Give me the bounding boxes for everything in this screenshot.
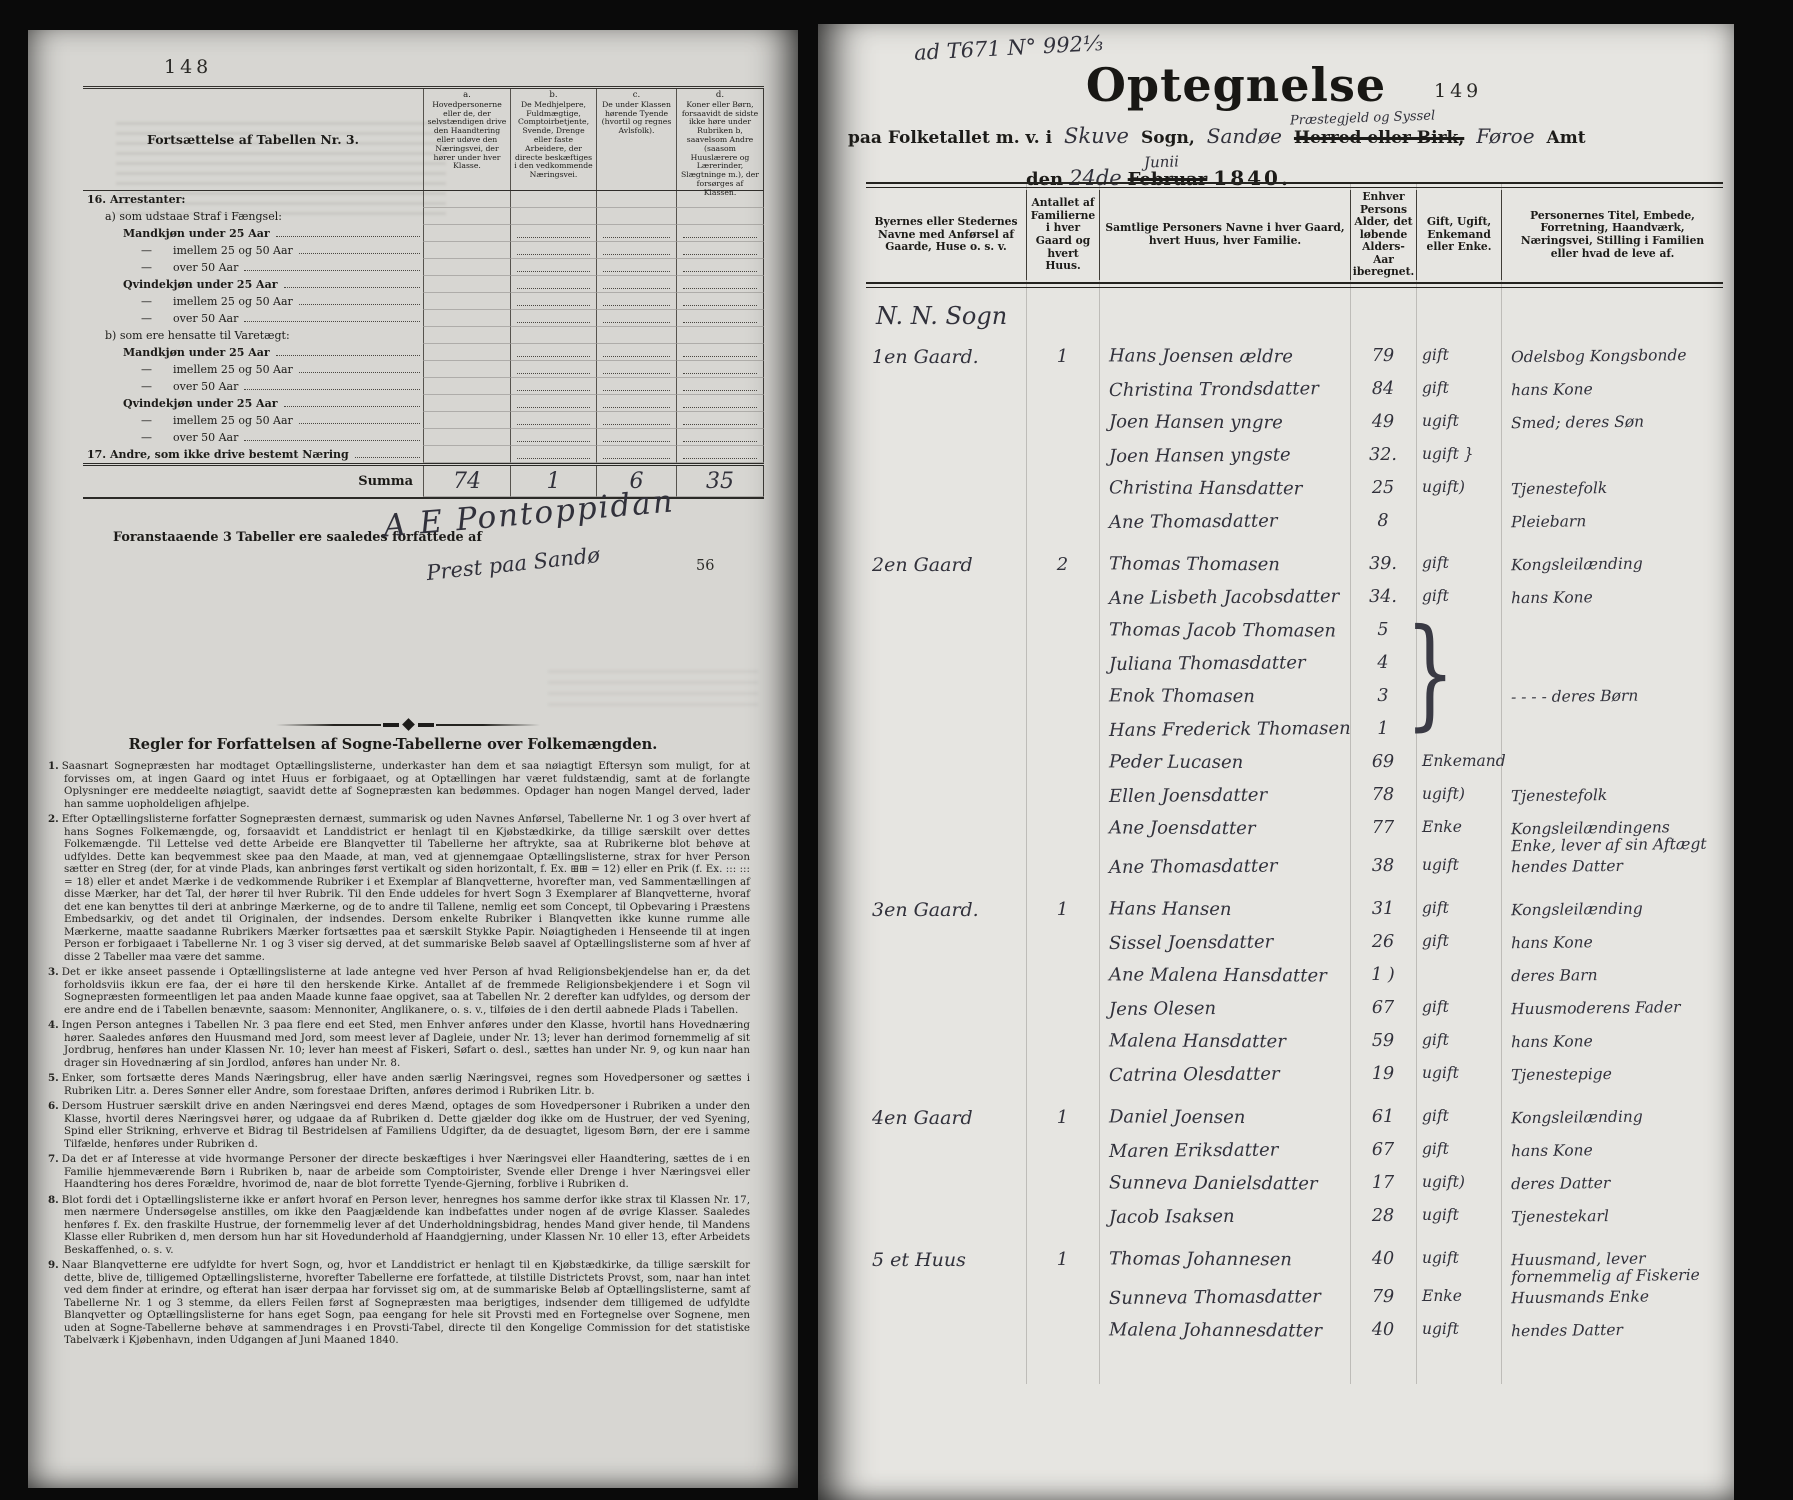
dotted-leader [355,457,420,458]
person-row: Jens Olesen67giftHuusmoderens Fader [866,996,1723,1029]
dotted-leader [299,423,420,424]
status-cell: ugift [1416,1247,1501,1267]
table-cell [676,191,764,208]
place-cell [866,930,1026,932]
dotted-line [683,373,757,374]
name-cell: Daniel Joensen [1099,1104,1350,1128]
place-cell [866,476,1026,478]
table-cell [510,344,596,361]
row-label: — over 50 Aar [83,432,423,446]
table-cell [676,242,764,259]
table-cell [510,242,596,259]
table-cell [596,344,676,361]
person-row: Christina Trondsdatter84gifthans Kone [866,377,1723,410]
person-row: Ane Thomasdatter38ugifthendes Datter [866,854,1723,887]
occupation-cell: Kongsleilænding [1501,551,1723,575]
census-class-row: — imellem 25 og 50 Aar [83,293,764,310]
person-row: Christina Hansdatter25ugift)Tjenestefolk [866,476,1723,509]
status-cell: gift [1416,344,1501,364]
rule-number: 6. [48,1100,62,1112]
dotted-line [517,356,590,357]
row-label-text: — over 50 Aar [141,381,238,393]
praestegjeld-name-handwritten: Sandøe [1207,124,1282,148]
age-cell: 59 [1350,1029,1416,1051]
row-label-text: Qvindekjøn under 25 Aar [123,279,278,291]
rule-item: 1.Saasnart Sognepræsten har modtaget Opt… [48,760,750,810]
row-label-text: — imellem 25 og 50 Aar [141,364,293,376]
dotted-line [683,237,757,238]
table-cell [676,378,764,395]
age-cell: 39. [1350,552,1416,574]
table-cell [510,225,596,242]
row-label: 17. Andre, som ikke drive bestemt Næring [83,449,423,463]
dotted-line [603,441,671,442]
age-cell: 3 [1350,684,1416,706]
rule-number: 9. [48,1259,62,1271]
dotted-leader [284,287,420,288]
table-cell [423,446,510,463]
age-cell: 49 [1350,410,1416,432]
column-text: Koner eller Børn, forsaavidt de sidste i… [680,101,760,198]
rule-item: 6.Dersom Hustruer særskilt drive en ande… [48,1100,750,1150]
column-letter: b. [514,91,593,100]
rule-text: Det er ikke anseet passende i Optællings… [62,966,750,1016]
row-label-text: 17. Andre, som ikke drive bestemt Næring [87,449,349,461]
header-families: Antallet af Familierne i hver Gaard og h… [1026,190,1099,280]
person-row: Enok Thomasen3- - - - deres Børn [866,684,1723,717]
place-cell [866,816,1026,818]
rule-item: 7.Da det er af Interesse at vide hvorman… [48,1153,750,1191]
families-cell [1026,1171,1099,1173]
age-cell: 8 [1350,509,1416,531]
occupation-cell: Tjenestefolk [1501,475,1723,499]
status-cell: gift [1416,1138,1501,1158]
families-cell [1026,618,1099,620]
families-cell [1026,509,1099,511]
summa-label: Summa [83,466,423,497]
summa-value-d: 35 [676,466,764,497]
table-cell [510,259,596,276]
right-page: ad T671 N° 992⅓ Optegnelse 149 paa Folke… [818,24,1734,1500]
name-cell: Ane Malena Hansdatter [1099,962,1350,986]
table-cell [676,395,764,412]
row-label-text: a) som udstaae Straf i Fængsel: [105,211,282,223]
families-cell [1026,854,1099,856]
families-cell [1026,651,1099,653]
person-row: Catrina Olesdatter19ugiftTjenestepige [866,1062,1723,1095]
name-cell: Malena Johannesdatter [1099,1317,1350,1341]
table-cell [596,191,676,208]
occupation-cell: hans Kone [1501,1137,1723,1161]
age-cell: 4 [1350,651,1416,673]
farm-group: 1en Gaard.1Hans Joensen ældre79giftOdels… [866,344,1723,542]
place-cell [866,854,1026,856]
families-cell [1026,410,1099,412]
age-cell: 5} [1350,618,1416,640]
person-row: Hans Frederick Thomasen1 [866,717,1723,750]
families-cell: 1 [1026,1247,1099,1270]
column-text: De under Klassen hørende Tyende (hvortil… [600,101,673,136]
dotted-leader [299,253,420,254]
age-cell: 1 [1350,717,1416,739]
name-cell: Ane Thomasdatter [1099,853,1350,878]
status-cell: gift [1416,930,1501,950]
occupation-cell [1501,716,1723,723]
age-cell: 69 [1350,750,1416,772]
column-letter: d. [680,91,760,100]
dotted-line [517,254,590,255]
place-cell [866,585,1026,587]
families-cell [1026,930,1099,932]
table-cell [596,276,676,293]
row-label-text: Qvindekjøn under 25 Aar [123,398,278,410]
status-cell: Enkemand [1416,750,1501,770]
age-cell: 38 [1350,854,1416,876]
age-cell: 32. [1350,443,1416,465]
row-label: — over 50 Aar [83,262,423,276]
families-cell [1026,1029,1099,1031]
census-class-row: — over 50 Aar [83,378,764,395]
age-cell: 17 [1350,1171,1416,1193]
table-cell [596,446,676,463]
families-cell [1026,443,1099,445]
dotted-leader [284,406,420,407]
age-cell: 67 [1350,996,1416,1018]
table-cell [423,378,510,395]
column-header-a: a. Hovedpersonerne eller de, der selvstæ… [423,89,510,190]
dotted-line [683,305,757,306]
dotted-line [683,441,757,442]
place-cell [866,1204,1026,1206]
families-cell [1026,1204,1099,1206]
dotted-line [603,390,671,391]
rule-text: Ingen Person antegnes i Tabellen Nr. 3 p… [62,1019,750,1069]
families-cell [1026,717,1099,719]
header-occupation: Personernes Titel, Embede, Forretning, H… [1501,190,1723,280]
person-row: Joen Hansen yngste32.ugift } [866,443,1723,476]
dotted-line [517,441,590,442]
table-cell [676,429,764,446]
occupation-cell [1501,650,1723,657]
section-divider [276,720,540,729]
rule-text: Efter Optællingslisterne forfatter Sogne… [62,813,750,963]
table-cell [676,259,764,276]
rules-list: 1.Saasnart Sognepræsten har modtaget Opt… [48,760,750,1350]
table-cell [510,310,596,327]
rule-number: 5. [48,1072,62,1084]
place-cell [866,618,1026,620]
families-cell: 2 [1026,552,1099,575]
person-row: 5 et Huus1Thomas Johannesen40ugiftHuusma… [866,1247,1723,1285]
rule-text: Naar Blanqvetterne ere udfyldte for hver… [62,1259,750,1346]
occupation-cell: - - - - deres Børn [1501,683,1723,707]
age-cell: 19 [1350,1062,1416,1084]
row-label-text: 16. Arrestanter: [87,194,185,206]
rule-number: 8. [48,1194,62,1206]
rule-number: 3. [48,966,62,978]
occupation-cell [1501,442,1723,449]
printed-herred-struck: Herred eller Birk, [1294,128,1464,148]
row-label: a) som udstaae Straf i Fængsel: [83,211,423,225]
person-row: Malena Hansdatter59gifthans Kone [866,1029,1723,1062]
dotted-line [683,254,757,255]
occupation-cell: hans Kone [1501,929,1723,953]
dotted-line [683,407,757,408]
dotted-line [603,288,671,289]
place-cell [866,963,1026,965]
table-cell [596,412,676,429]
age-cell: 26 [1350,930,1416,952]
age-cell: 40 [1350,1247,1416,1269]
table-cell [676,412,764,429]
occupation-cell: Odelsbog Kongsbonde [1501,343,1723,367]
herred-struck-stack: Præstegjeld og Syssel Herred eller Birk, [1294,128,1464,148]
census-class-row: — over 50 Aar [83,429,764,446]
row-label: — imellem 25 og 50 Aar [83,364,423,378]
status-cell: ugift) [1416,783,1501,803]
census-class-row: Mandkjøn under 25 Aar [83,344,764,361]
place-cell: 4en Gaard [866,1105,1026,1129]
census-class-row: — over 50 Aar [83,310,764,327]
page-title: Optegnelse [818,58,1654,112]
table-cell [596,293,676,310]
name-cell: Jacob Isaksen [1099,1203,1350,1228]
table-cell [596,327,676,344]
printed-amt: Amt [1547,128,1586,148]
name-cell: Ane Joensdatter [1099,815,1350,839]
person-row: Ellen Joensdatter78ugift)Tjenestefolk [866,783,1723,816]
table-cell [510,293,596,310]
person-row: Jacob Isaksen28ugiftTjenestekarl [866,1204,1723,1237]
row-label-text: — imellem 25 og 50 Aar [141,245,293,257]
row-label: 16. Arrestanter: [83,194,423,208]
rule-number: 4. [48,1019,62,1031]
rule-number: 1. [48,760,62,772]
column-letter: a. [427,91,507,100]
dotted-leader [299,304,420,305]
rule-text: Dersom Hustruer særskilt drive en anden … [62,1100,750,1150]
dotted-leader [244,389,420,390]
dotted-line [683,356,757,357]
person-row: Ane Joensdatter77EnkeKongsleilændingens … [866,816,1723,854]
census-class-row: — imellem 25 og 50 Aar [83,242,764,259]
table-cell [510,378,596,395]
rule-item: 5.Enker, som fortsætte deres Mands Nærin… [48,1072,750,1097]
dotted-line [683,458,757,459]
class-summary-table: Fortsættelse af Tabellen Nr. 3. a. Hoved… [83,86,764,499]
name-cell: Joen Hansen yngste [1099,442,1350,467]
dotted-line [517,390,590,391]
farm-group: 2en Gaard2Thomas Thomasen39.giftKongslei… [866,552,1723,887]
name-cell: Malena Hansdatter [1099,1028,1350,1052]
row-label-text: — over 50 Aar [141,262,238,274]
name-cell: Ellen Joensdatter [1099,782,1350,807]
header-names: Samtlige Personers Navne i hver Gaard, h… [1099,190,1350,280]
row-label-text: Mandkjøn under 25 Aar [123,347,270,359]
dotted-line [603,356,671,357]
dotted-leader [276,355,420,356]
age-cell: 1 ) [1350,963,1416,985]
row-label: — imellem 25 og 50 Aar [83,245,423,259]
table-cell [676,276,764,293]
person-row: 1en Gaard.1Hans Joensen ældre79giftOdels… [866,344,1723,377]
printed-sogn: Sogn, [1141,128,1195,148]
form-line-location: paa Folketallet m. v. i Skuve Sogn, Sand… [848,124,1586,148]
families-cell [1026,585,1099,587]
families-cell: 1 [1026,1105,1099,1128]
person-row: 3en Gaard.1Hans Hansen31giftKongsleilænd… [866,897,1723,930]
occupation-cell: hans Kone [1501,376,1723,400]
census-class-row: Qvindekjøn under 25 Aar [83,395,764,412]
dotted-line [517,458,590,459]
person-row: Sunneva Thomasdatter79EnkeHuusmands Enke [866,1285,1723,1318]
dotted-line [517,407,590,408]
table-cell [423,412,510,429]
row-label: Mandkjøn under 25 Aar [83,347,423,361]
row-label: Mandkjøn under 25 Aar [83,228,423,242]
row-label: Qvindekjøn under 25 Aar [83,279,423,293]
occupation-cell: hans Kone [1501,584,1723,608]
place-cell: 3en Gaard. [866,897,1026,921]
row-label-text: b) som ere hensatte til Varetægt: [105,330,290,342]
table-cell [423,395,510,412]
status-cell: gift [1416,1029,1501,1049]
table-cell [423,327,510,344]
dotted-line [683,322,757,323]
occupation-cell: Kongsleilændingens Enke, lever af sin Af… [1501,815,1723,856]
age-cell: 79 [1350,1285,1416,1307]
table-cell [423,293,510,310]
person-row: 2en Gaard2Thomas Thomasen39.giftKongslei… [866,552,1723,585]
occupation-cell: hans Kone [1501,1028,1723,1052]
table-cell [596,378,676,395]
place-cell [866,651,1026,653]
farm-group: 5 et Huus1Thomas Johannesen40ugiftHuusma… [866,1247,1723,1351]
families-cell [1026,783,1099,785]
occupation-cell: Huusmand, lever fornemmelig af Fiskerie [1501,1246,1723,1287]
occupation-cell: hendes Datter [1501,853,1723,877]
person-row: Peder Lucasen69Enkemand [866,750,1723,783]
dotted-line [517,288,590,289]
person-row: 4en Gaard1Daniel Joensen61giftKongsleilæ… [866,1105,1723,1138]
table-cell [510,327,596,344]
table-cell [510,191,596,208]
name-cell: Sissel Joensdatter [1099,929,1350,954]
occupation-cell [1501,749,1723,756]
families-cell [1026,1062,1099,1064]
age-cell: 40 [1350,1318,1416,1340]
age-cell: 31 [1350,897,1416,919]
age-cell: 28 [1350,1204,1416,1226]
dotted-line [603,271,671,272]
dotted-line [603,254,671,255]
census-class-row: Mandkjøn under 25 Aar [83,225,764,242]
status-cell: ugift [1416,1204,1501,1224]
occupation-cell: deres Datter [1501,1170,1723,1194]
header-place: Byernes eller Stedernes Navne med Anførs… [866,190,1026,280]
dotted-line [603,237,671,238]
table-cell [676,361,764,378]
census-class-row: b) som ere hensatte til Varetægt: [83,327,764,344]
table-cell [510,361,596,378]
name-cell: Hans Hansen [1099,896,1350,920]
status-cell: gift [1416,897,1501,917]
rule-number: 7. [48,1153,62,1165]
column-letter: c. [600,91,673,100]
signature-title: Prest paa Sandø [425,543,601,585]
age-cell: 84 [1350,377,1416,399]
table-cell [676,446,764,463]
table-cell [676,208,764,225]
age-cell: 61 [1350,1105,1416,1127]
person-row: Sissel Joensdatter26gifthans Kone [866,930,1723,963]
rule-item: 4.Ingen Person antegnes i Tabellen Nr. 3… [48,1019,750,1069]
name-cell: Thomas Jacob Thomasen [1099,617,1350,641]
families-cell [1026,1285,1099,1287]
status-cell: ugift } [1416,443,1501,463]
status-cell: ugift [1416,1318,1501,1338]
place-cell [866,1285,1026,1287]
table-cell [596,208,676,225]
printed-label: paa Folketallet m. v. i [848,128,1052,148]
column-text: De Medhjelpere, Fuldmægtige, Comptoirbet… [514,101,593,180]
person-row: Ane Lisbeth Jacobsdatter34.gifthans Kone [866,585,1723,618]
occupation-cell: Kongsleilænding [1501,896,1723,920]
dotted-line [603,424,671,425]
parish-name-handwritten: Skuve [1064,124,1129,148]
name-cell: Catrina Olesdatter [1099,1061,1350,1086]
name-cell: Thomas Thomasen [1099,551,1350,575]
dotted-line [517,373,590,374]
census-class-row: 16. Arrestanter: [83,191,764,208]
age-cell: 25 [1350,476,1416,498]
occupation-cell: Huusmoderens Fader [1501,995,1723,1019]
person-row: Juliana Thomasdatter4 [866,651,1723,684]
table-cell [676,344,764,361]
census-table-header: Byernes eller Stedernes Navne med Anførs… [866,190,1723,280]
person-row: Ane Thomasdatter8Pleiebarn [866,509,1723,542]
dotted-leader [276,236,420,237]
name-cell: Juliana Thomasdatter [1099,650,1350,675]
row-label: b) som ere hensatte til Varetægt: [83,330,423,344]
census-class-row: — imellem 25 og 50 Aar [83,412,764,429]
place-cell [866,1171,1026,1173]
rules-heading: Regler for Forfattelsen af Sogne-Tabelle… [28,736,758,753]
place-cell [866,1318,1026,1320]
left-page-number: 148 [164,56,212,78]
status-cell: Enke [1416,816,1501,836]
name-cell: Ane Lisbeth Jacobsdatter [1099,584,1350,609]
amt-name-handwritten: Føroe [1476,124,1534,148]
row-label: — over 50 Aar [83,381,423,395]
place-cell [866,717,1026,719]
table-cell [423,310,510,327]
column-header-c: c. De under Klassen hørende Tyende (hvor… [596,89,676,190]
families-cell [1026,377,1099,379]
dotted-line [517,305,590,306]
families-cell [1026,684,1099,686]
table-cell [510,412,596,429]
row-label: — imellem 25 og 50 Aar [83,296,423,310]
name-cell: Joen Hansen yngre [1099,409,1350,433]
name-cell: Thomas Johannesen [1099,1246,1350,1270]
name-cell: Christina Trondsdatter [1099,376,1350,401]
table-cell [423,225,510,242]
name-cell: Sunneva Thomasdatter [1099,1284,1350,1309]
name-cell: Enok Thomasen [1099,683,1350,707]
ink-bleed-ghost [548,670,758,710]
name-cell: Hans Frederick Thomasen [1099,716,1350,741]
